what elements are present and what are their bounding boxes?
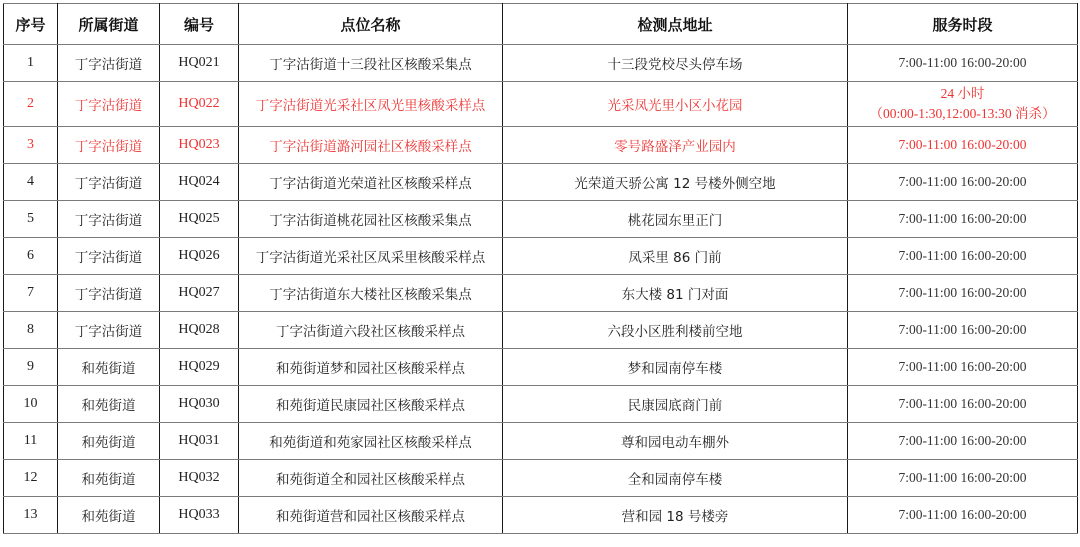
table-row: 8 丁字沽街道 HQ028 丁字沽街道六段社区核酸采样点 六段小区胜利楼前空地 … [4,312,1078,349]
cell-street: 和苑街道 [58,423,160,460]
cell-code: HQ033 [160,497,239,534]
header-serial-no: 序号 [4,4,58,45]
cell-serial-no: 10 [4,386,58,423]
table-row: 12 和苑街道 HQ032 和苑街道全和园社区核酸采样点 全和园南停车楼 7:0… [4,460,1078,497]
cell-site-name: 和苑街道民康园社区核酸采样点 [239,386,503,423]
table-row: 13 和苑街道 HQ033 和苑街道营和园社区核酸采样点 营和园 18 号楼旁 … [4,497,1078,534]
cell-street: 丁字沽街道 [58,45,160,82]
cell-code: HQ028 [160,312,239,349]
cell-address: 光采凤光里小区小花园 [503,82,848,127]
cell-site-name: 丁字沽街道六段社区核酸采样点 [239,312,503,349]
header-address: 检测点地址 [503,4,848,45]
cell-street: 丁字沽街道 [58,82,160,127]
service-hours-line-1: 24 小时 [850,84,1075,104]
table-row: 6 丁字沽街道 HQ026 丁字沽街道光采社区凤采里核酸采样点 凤采里 86 门… [4,238,1078,275]
cell-street: 丁字沽街道 [58,238,160,275]
header-code: 编号 [160,4,239,45]
cell-street: 和苑街道 [58,497,160,534]
cell-serial-no: 11 [4,423,58,460]
cell-address: 全和园南停车楼 [503,460,848,497]
cell-serial-no: 1 [4,45,58,82]
table-row-highlighted: 3 丁字沽街道 HQ023 丁字沽街道潞河园社区核酸采样点 零号路盛泽产业园内 … [4,127,1078,164]
cell-code: HQ029 [160,349,239,386]
table-row-highlighted: 2 丁字沽街道 HQ022 丁字沽街道光采社区凤光里核酸采样点 光采凤光里小区小… [4,82,1078,127]
cell-code: HQ026 [160,238,239,275]
cell-street: 和苑街道 [58,349,160,386]
cell-street: 丁字沽街道 [58,201,160,238]
cell-site-name: 丁字沽街道东大楼社区核酸采集点 [239,275,503,312]
cell-serial-no: 5 [4,201,58,238]
cell-code: HQ023 [160,127,239,164]
table-row: 1 丁字沽街道 HQ021 丁字沽街道十三段社区核酸采集点 十三段党校尽头停车场… [4,45,1078,82]
cell-service-hours: 7:00-11:00 16:00-20:00 [848,45,1078,82]
cell-service-hours: 7:00-11:00 16:00-20:00 [848,349,1078,386]
cell-site-name: 丁字沽街道光采社区凤采里核酸采样点 [239,238,503,275]
cell-code: HQ030 [160,386,239,423]
cell-serial-no: 3 [4,127,58,164]
cell-service-hours: 7:00-11:00 16:00-20:00 [848,201,1078,238]
cell-address: 零号路盛泽产业园内 [503,127,848,164]
cell-serial-no: 12 [4,460,58,497]
service-hours-line-2: （00:00-1:30,12:00-13:30 消杀） [850,104,1075,124]
cell-service-hours: 24 小时 （00:00-1:30,12:00-13:30 消杀） [848,82,1078,127]
table-row: 7 丁字沽街道 HQ027 丁字沽街道东大楼社区核酸采集点 东大楼 81 门对面… [4,275,1078,312]
cell-street: 丁字沽街道 [58,275,160,312]
cell-code: HQ022 [160,82,239,127]
cell-serial-no: 4 [4,164,58,201]
cell-serial-no: 7 [4,275,58,312]
cell-serial-no: 13 [4,497,58,534]
cell-address: 桃花园东里正门 [503,201,848,238]
cell-service-hours: 7:00-11:00 16:00-20:00 [848,164,1078,201]
cell-service-hours: 7:00-11:00 16:00-20:00 [848,386,1078,423]
cell-address: 东大楼 81 门对面 [503,275,848,312]
table-row: 11 和苑街道 HQ031 和苑街道和苑家园社区核酸采样点 尊和园电动车棚外 7… [4,423,1078,460]
cell-site-name: 和苑街道全和园社区核酸采样点 [239,460,503,497]
cell-street: 和苑街道 [58,460,160,497]
cell-service-hours: 7:00-11:00 16:00-20:00 [848,238,1078,275]
cell-service-hours: 7:00-11:00 16:00-20:00 [848,460,1078,497]
cell-serial-no: 8 [4,312,58,349]
cell-code: HQ024 [160,164,239,201]
cell-street: 丁字沽街道 [58,164,160,201]
cell-site-name: 和苑街道和苑家园社区核酸采样点 [239,423,503,460]
table-row: 9 和苑街道 HQ029 和苑街道梦和园社区核酸采样点 梦和园南停车楼 7:00… [4,349,1078,386]
cell-address: 尊和园电动车棚外 [503,423,848,460]
cell-service-hours: 7:00-11:00 16:00-20:00 [848,423,1078,460]
cell-address: 十三段党校尽头停车场 [503,45,848,82]
cell-code: HQ021 [160,45,239,82]
cell-code: HQ025 [160,201,239,238]
cell-site-name: 丁字沽街道十三段社区核酸采集点 [239,45,503,82]
cell-code: HQ032 [160,460,239,497]
cell-service-hours: 7:00-11:00 16:00-20:00 [848,312,1078,349]
cell-address: 凤采里 86 门前 [503,238,848,275]
cell-site-name: 丁字沽街道光采社区凤光里核酸采样点 [239,82,503,127]
cell-service-hours: 7:00-11:00 16:00-20:00 [848,127,1078,164]
cell-serial-no: 9 [4,349,58,386]
cell-code: HQ027 [160,275,239,312]
cell-address: 梦和园南停车楼 [503,349,848,386]
header-service-hours: 服务时段 [848,4,1078,45]
cell-address: 民康园底商门前 [503,386,848,423]
table-row: 4 丁字沽街道 HQ024 丁字沽街道光荣道社区核酸采样点 光荣道天骄公寓 12… [4,164,1078,201]
cell-street: 丁字沽街道 [58,127,160,164]
cell-serial-no: 6 [4,238,58,275]
cell-address: 营和园 18 号楼旁 [503,497,848,534]
header-street: 所属街道 [58,4,160,45]
cell-site-name: 丁字沽街道潞河园社区核酸采样点 [239,127,503,164]
cell-service-hours: 7:00-11:00 16:00-20:00 [848,497,1078,534]
testing-sites-table: 序号 所属街道 编号 点位名称 检测点地址 服务时段 1 丁字沽街道 HQ021… [3,3,1078,534]
cell-site-name: 丁字沽街道光荣道社区核酸采样点 [239,164,503,201]
cell-site-name: 丁字沽街道桃花园社区核酸采集点 [239,201,503,238]
cell-site-name: 和苑街道营和园社区核酸采样点 [239,497,503,534]
cell-serial-no: 2 [4,82,58,127]
header-row: 序号 所属街道 编号 点位名称 检测点地址 服务时段 [4,4,1078,45]
table-row: 5 丁字沽街道 HQ025 丁字沽街道桃花园社区核酸采集点 桃花园东里正门 7:… [4,201,1078,238]
cell-service-hours: 7:00-11:00 16:00-20:00 [848,275,1078,312]
table-row: 10 和苑街道 HQ030 和苑街道民康园社区核酸采样点 民康园底商门前 7:0… [4,386,1078,423]
cell-street: 和苑街道 [58,386,160,423]
cell-address: 光荣道天骄公寓 12 号楼外侧空地 [503,164,848,201]
cell-address: 六段小区胜利楼前空地 [503,312,848,349]
cell-code: HQ031 [160,423,239,460]
cell-site-name: 和苑街道梦和园社区核酸采样点 [239,349,503,386]
cell-street: 丁字沽街道 [58,312,160,349]
header-site-name: 点位名称 [239,4,503,45]
